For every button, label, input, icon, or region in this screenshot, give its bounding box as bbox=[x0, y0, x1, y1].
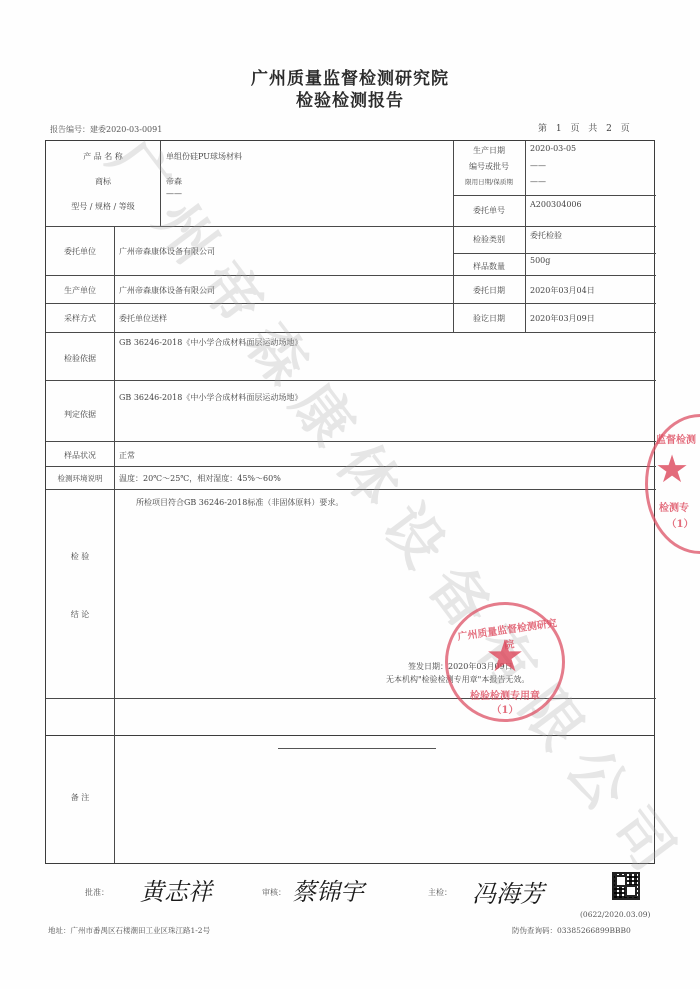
model-label: 型号 / 规格 / 等级 bbox=[46, 201, 160, 212]
anti-fake-code: 防伪查询码：03385266899BBB0 bbox=[512, 925, 631, 936]
inspection-type-label: 检验类别 bbox=[453, 234, 525, 245]
expiry-label: 限用日期/保质期 bbox=[453, 177, 525, 186]
manufacturer-value: 广州帝森康体设备有限公司 bbox=[119, 285, 215, 296]
entrust-date-value: 2020年03月04日 bbox=[530, 285, 595, 296]
sampling-label: 采样方式 bbox=[46, 313, 114, 324]
client-label: 委托单位 bbox=[46, 246, 114, 257]
expiry-value: —— bbox=[530, 177, 546, 186]
client-value: 广州帝森康体设备有限公司 bbox=[119, 246, 215, 257]
sample-qty-label: 样品数量 bbox=[453, 261, 525, 272]
order-no-value: A200304006 bbox=[530, 200, 582, 209]
inspect-signature: 冯海芳 bbox=[472, 874, 544, 909]
model-value: —— bbox=[166, 189, 182, 198]
trademark-label: 商标 bbox=[46, 176, 160, 187]
report-title: 检验检测报告 bbox=[0, 90, 700, 112]
production-date-label: 生产日期 bbox=[453, 145, 525, 156]
entrust-date-label: 委托日期 bbox=[453, 285, 525, 296]
judgment-label: 判定依据 bbox=[46, 409, 114, 420]
environment-label: 检测环境说明 bbox=[46, 473, 114, 484]
page-info: 第 1 页 共 2 页 bbox=[538, 121, 633, 134]
edge-seal-number: （1） bbox=[650, 515, 700, 530]
product-name-value: 单组份硅PU球场材料 bbox=[166, 151, 242, 162]
sample-status-value: 正常 bbox=[119, 450, 135, 461]
sign-date: 签发日期：2020年03月09日 bbox=[408, 661, 513, 672]
environment-value: 温度：20℃～25℃，相对湿度：45%～60% bbox=[119, 473, 281, 484]
acceptance-date-label: 验讫日期 bbox=[453, 313, 525, 324]
review-label: 审核： bbox=[262, 887, 286, 898]
approve-signature: 黄志祥 bbox=[140, 872, 212, 907]
product-name-label: 产 品 名 称 bbox=[46, 151, 160, 162]
basis-value: GB 36246-2018《中小学合成材料面层运动场地》 bbox=[119, 337, 302, 348]
remarks-section: 备 注 bbox=[45, 736, 655, 864]
document-header: 广州质量监督检测研究院 检验检测报告 bbox=[0, 68, 700, 112]
sample-status-label: 样品状况 bbox=[46, 450, 114, 461]
production-date-value: 2020-03-05 bbox=[530, 144, 576, 153]
conclusion-value: 所检项目符合GB 36246-2018标准（非固体原料）要求。 bbox=[136, 497, 343, 508]
remarks-label: 备 注 bbox=[46, 792, 114, 803]
report-number: 报告编号：建委2020-03-0091 bbox=[50, 124, 162, 135]
approve-label: 批准： bbox=[85, 887, 109, 898]
qr-code-caption: (0622/2020.03.09) bbox=[580, 910, 650, 919]
batch-label: 编号或批号 bbox=[453, 161, 525, 172]
order-no-label: 委托单号 bbox=[453, 205, 525, 216]
institute-name: 广州质量监督检测研究院 bbox=[0, 68, 700, 90]
inspect-label: 主检： bbox=[428, 887, 452, 898]
sample-qty-value: 500g bbox=[530, 256, 550, 265]
remarks-blank-line bbox=[278, 748, 436, 749]
manufacturer-label: 生产单位 bbox=[46, 285, 114, 296]
review-signature: 蔡锦宇 bbox=[292, 872, 364, 907]
inspection-type-value: 委托检验 bbox=[530, 230, 562, 241]
sampling-value: 委托单位送样 bbox=[119, 313, 167, 324]
acceptance-date-value: 2020年03月09日 bbox=[530, 313, 595, 324]
batch-value: —— bbox=[530, 161, 546, 170]
address: 地址：广州市番禺区石楼潮田工业区珠江路1-2号 bbox=[48, 925, 210, 936]
qr-code-icon bbox=[612, 872, 640, 900]
basis-label: 检验依据 bbox=[46, 353, 114, 364]
trademark-value: 帝森 bbox=[166, 176, 182, 187]
judgment-value: GB 36246-2018《中小学合成材料面层运动场地》 bbox=[119, 392, 302, 403]
conclusion-label-2: 结 论 bbox=[46, 609, 114, 620]
report-table: 产 品 名 称 商标 型号 / 规格 / 等级 单组份硅PU球场材料 帝森 ——… bbox=[45, 140, 655, 736]
seal-note: 无本机构"检验检测专用章"本报告无效。 bbox=[386, 674, 529, 685]
conclusion-label-1: 检 验 bbox=[46, 551, 114, 562]
